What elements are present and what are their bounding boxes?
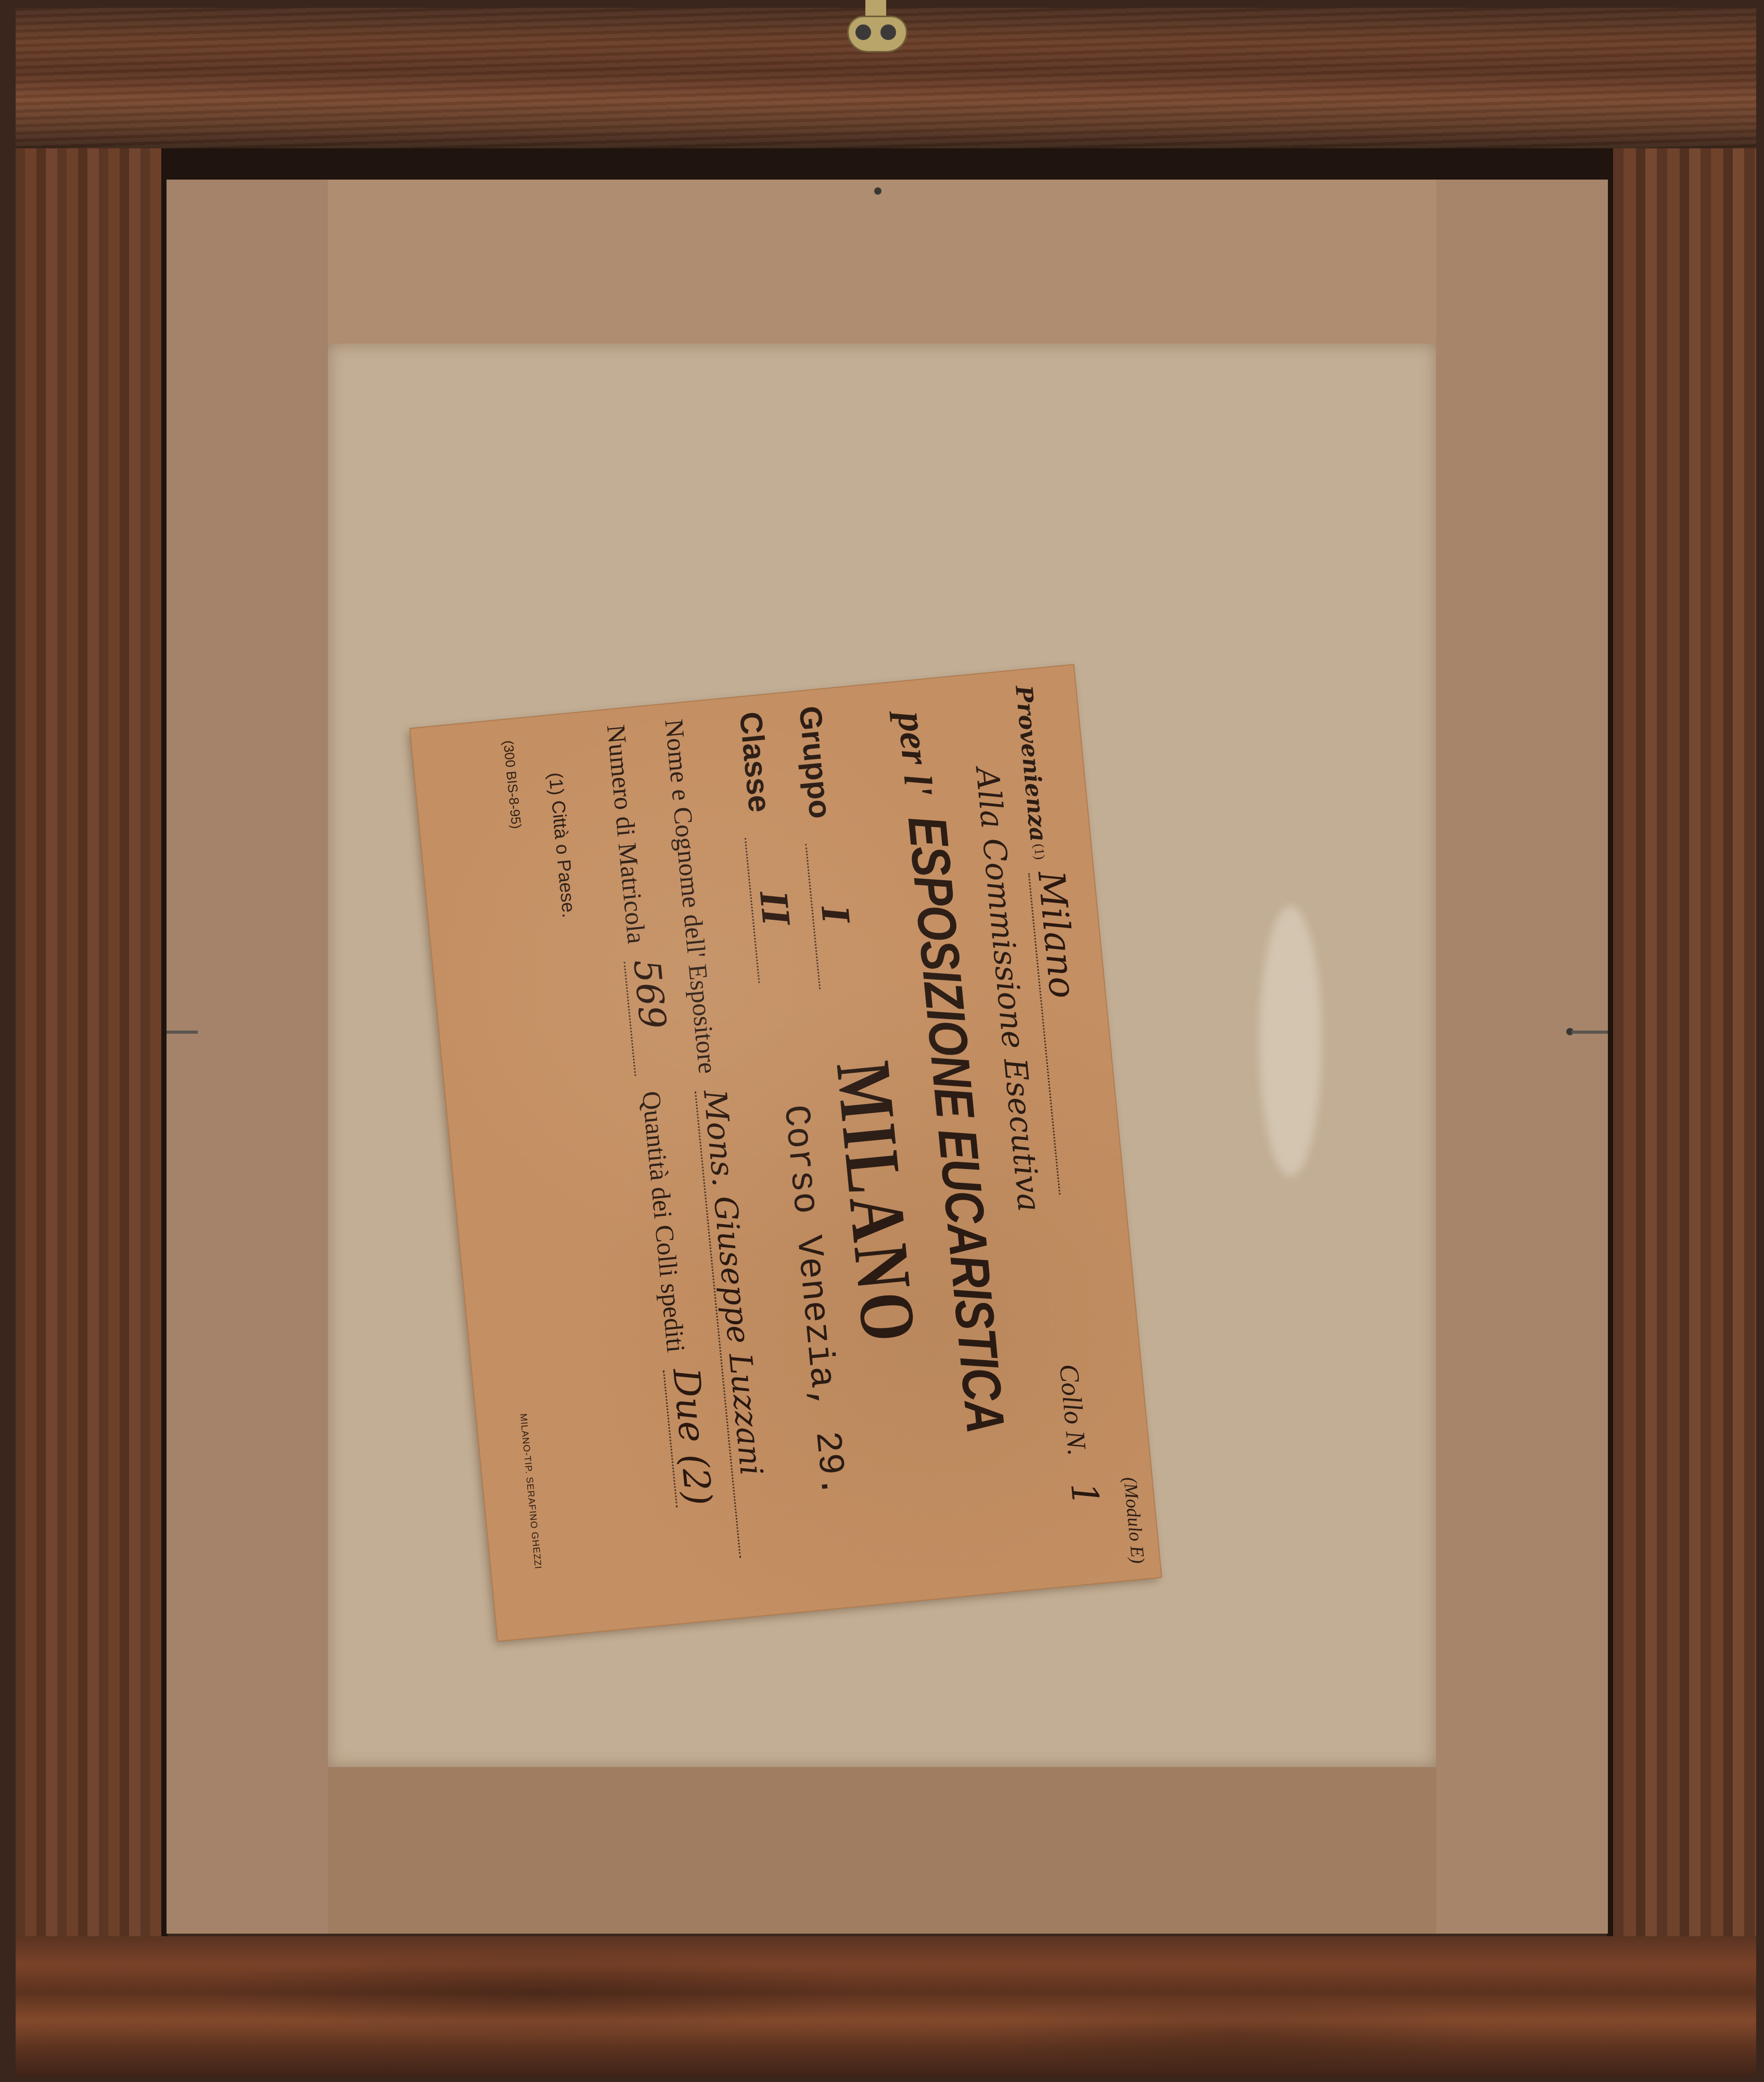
- frame-bottom-rail: [16, 1936, 1756, 2077]
- frame-gap-top: [161, 148, 1613, 180]
- frame-right-stile: [1613, 148, 1756, 1936]
- classe-label: Classe: [733, 710, 777, 814]
- footnote-marker: (1): [1031, 843, 1048, 860]
- nail-right-shaft: [1571, 1031, 1608, 1034]
- classe-value: II: [745, 834, 803, 983]
- nail-top: [874, 187, 881, 195]
- screw-icon: [880, 24, 896, 40]
- board-strip-right: [1436, 180, 1608, 1934]
- gruppo-field: Gruppo I: [792, 704, 864, 989]
- water-stain: [1259, 906, 1322, 1176]
- gruppo-value: I: [805, 840, 863, 989]
- board-strip-bottom: [167, 1764, 1608, 1934]
- printer-imprint: MILANO-TIP. SERAFINO GHEZZI: [518, 1413, 544, 1570]
- form-code: (300 BIS-8-95): [500, 740, 525, 830]
- board-strip-left: [167, 180, 328, 1934]
- nail-left: [167, 1031, 198, 1034]
- footnote-text: (1) Città o Paese.: [544, 771, 580, 919]
- numero-value: 569: [623, 958, 679, 1076]
- gruppo-label: Gruppo: [792, 704, 838, 820]
- board-strip-top: [167, 180, 1608, 346]
- frame-left-stile: [16, 148, 161, 1936]
- city-title: MILANO: [818, 1058, 934, 1349]
- collo-label: Collo N.: [1054, 1363, 1092, 1457]
- numero-label: Numero di Matricola: [602, 723, 651, 945]
- modulo-text: (Modulo E): [1119, 1476, 1149, 1564]
- quantita-label: Quantità dei Colli spediti: [637, 1090, 691, 1354]
- screw-icon: [855, 24, 871, 40]
- collo-value: 1: [1063, 1481, 1107, 1508]
- per-text: per l': [889, 710, 941, 798]
- classe-field: Classe II: [733, 709, 803, 983]
- quantita-value: Due (2): [663, 1366, 720, 1507]
- exhibition-label: (Modulo E) Collo N. 1 Provenienza (1) Mi…: [411, 665, 1161, 1641]
- provenienza-label: Provenienza: [1010, 684, 1052, 843]
- brass-hanger: [847, 0, 904, 49]
- collo-field: Collo N. 1: [1051, 1362, 1107, 1507]
